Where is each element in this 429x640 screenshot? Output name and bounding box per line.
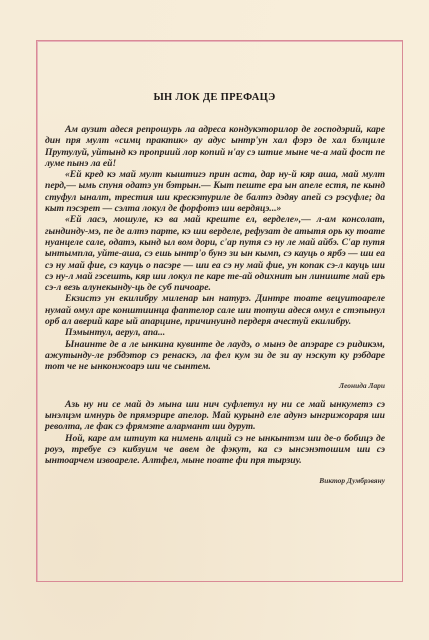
paragraph: Ынаинте де а ле ынкина кувинте де лаудэ,…	[45, 339, 385, 373]
article-body: Ам аузит адеся репрошурь ла адреса конду…	[45, 124, 385, 494]
author-signature-lari: Леонида Лари	[45, 380, 385, 391]
author-signature-dumbraveanu: Виктор Думбрэвяну	[45, 475, 385, 486]
paragraph: «Ей кред кэ май мулт кыштигэ прин аста, …	[45, 169, 385, 214]
paragraph: Ной, каре ам штиут ка нимень алций сэ не…	[45, 433, 385, 467]
paragraph: Пэмынтул, аерул, апа...	[45, 327, 385, 338]
paragraph: Екзистэ ун екилибру миленар ын натурэ. Д…	[45, 293, 385, 327]
paragraph: Ам аузит адеся репрошурь ла адреса конду…	[45, 124, 385, 169]
page-title: ЫН ЛОК ДЕ ПРЕФАЦЭ	[0, 92, 429, 103]
paragraph: Азь ну ни се май дэ мына ши нич суфлетул…	[45, 399, 385, 433]
paragraph: «Ей ласэ, мошуле, кэ ва май креште ел, в…	[45, 214, 385, 293]
